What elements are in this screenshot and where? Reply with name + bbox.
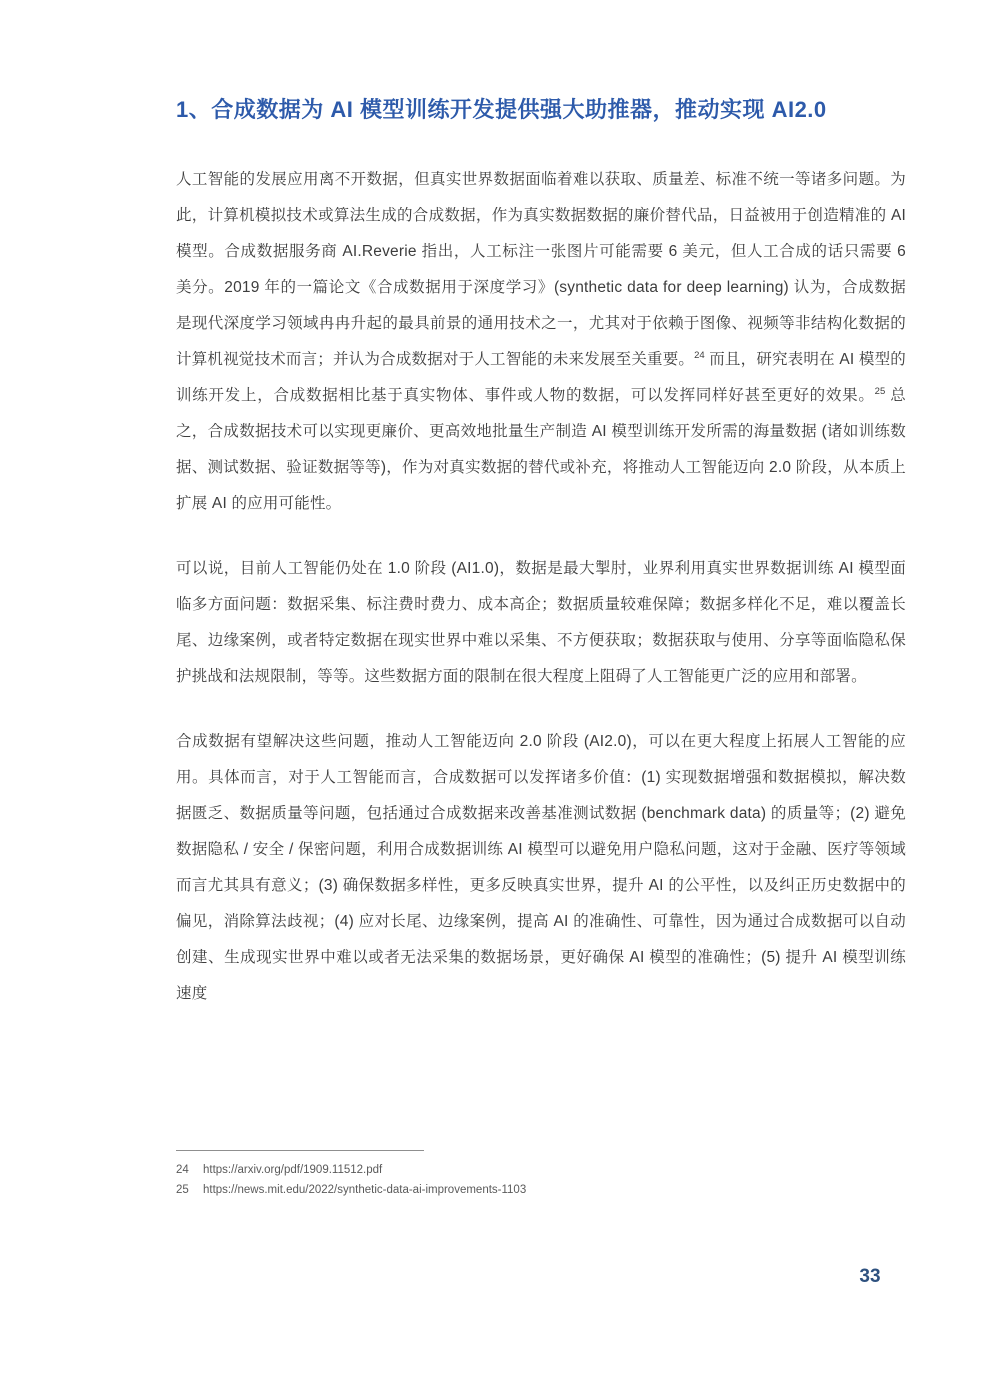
page-content: 1、合成数据为 AI 模型训练开发提供强大助推器，推动实现 AI2.0 人工智能… — [176, 95, 906, 1041]
paragraph-3: 合成数据有望解决这些问题，推动人工智能迈向 2.0 阶段 (AI2.0)，可以在… — [176, 724, 906, 1012]
footnote-item: 25 https://news.mit.edu/2022/synthetic-d… — [176, 1180, 796, 1200]
paragraph-1-text: 人工智能的发展应用离不开数据，但真实世界数据面临着难以获取、质量差、标准不统一等… — [176, 171, 906, 368]
footnote-divider — [176, 1150, 424, 1151]
section-heading: 1、合成数据为 AI 模型训练开发提供强大助推器，推动实现 AI2.0 — [176, 95, 906, 125]
footnote-url[interactable]: https://arxiv.org/pdf/1909.11512.pdf — [203, 1160, 382, 1180]
footnote-number: 24 — [176, 1160, 203, 1180]
document-page: 1、合成数据为 AI 模型训练开发提供强大助推器，推动实现 AI2.0 人工智能… — [0, 0, 1000, 1399]
footnote-number: 25 — [176, 1180, 203, 1200]
page-number: 33 — [848, 1266, 892, 1288]
paragraph-1: 人工智能的发展应用离不开数据，但真实世界数据面临着难以获取、质量差、标准不统一等… — [176, 162, 906, 522]
footnote-item: 24 https://arxiv.org/pdf/1909.11512.pdf — [176, 1160, 796, 1180]
footnote-ref-25[interactable]: 25 — [875, 386, 886, 397]
footnote-url[interactable]: https://news.mit.edu/2022/synthetic-data… — [203, 1180, 526, 1200]
paragraph-1-text: 总之，合成数据技术可以实现更廉价、更高效地批量生产制造 AI 模型训练开发所需的… — [176, 387, 906, 512]
footnote-ref-24[interactable]: 24 — [694, 350, 705, 361]
paragraph-2: 可以说，目前人工智能仍处在 1.0 阶段 (AI1.0)，数据是最大掣肘，业界利… — [176, 551, 906, 695]
footnotes-section: 24 https://arxiv.org/pdf/1909.11512.pdf … — [176, 1150, 796, 1200]
